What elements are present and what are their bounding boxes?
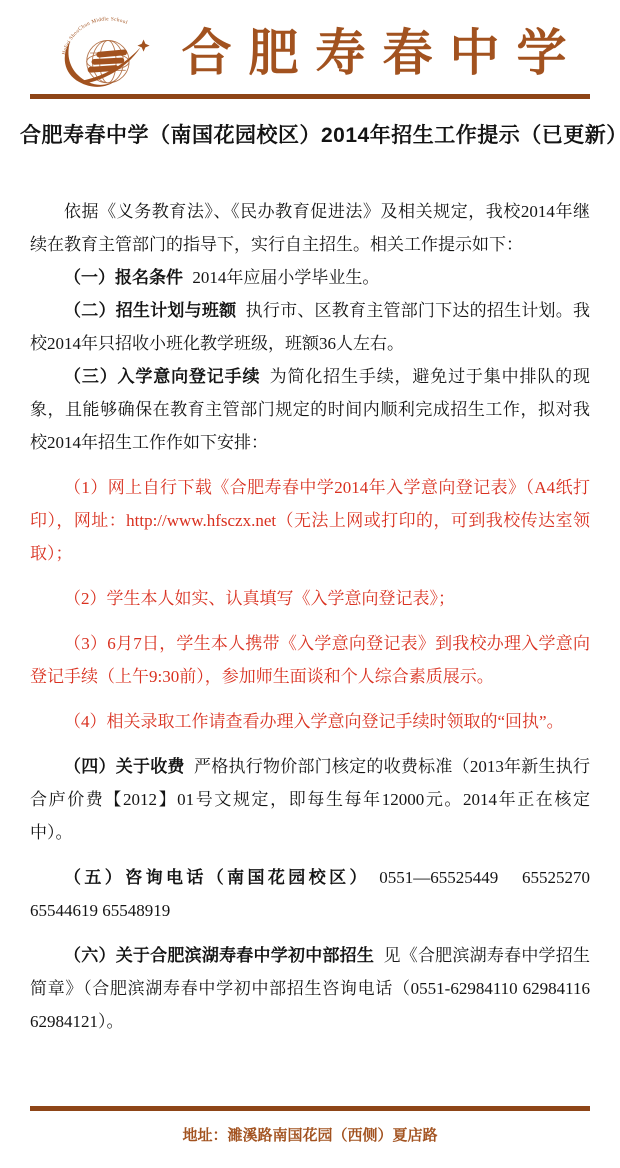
paragraph-text: 2014年应届小学毕业生。 (192, 268, 379, 287)
footer-address: 地址：濉溪路南国花园（西侧）夏店路 (0, 1124, 620, 1145)
section-4-paragraph: （四）关于收费严格执行物价部门核定的收费标准（2013年新生执行合庐价费【201… (30, 750, 590, 849)
section-1-paragraph: （一）报名条件2014年应届小学毕业生。 (30, 261, 590, 294)
footer-divider (30, 1106, 590, 1111)
paragraph-text: （1）网上自行下载《合肥寿春中学2014年入学意向登记表》（A4纸打印），网址：… (30, 478, 590, 563)
notice-page: HeFei ShouChun Middle School 合肥寿春中学 (0, 0, 620, 1168)
section-5-paragraph: （五）咨询电话（南国花园校区）0551—65525449 65525270 65… (30, 861, 590, 927)
section-2-paragraph: （二）招生计划与班额执行市、区教育主管部门下达的招生计划。我校2014年只招收小… (30, 294, 590, 360)
step-1-paragraph: （1）网上自行下载《合肥寿春中学2014年入学意向登记表》（A4纸打印），网址：… (30, 471, 590, 570)
notice-title: 合肥寿春中学（南国花园校区）2014年招生工作提示（已更新） (20, 119, 600, 149)
section-label: （二）招生计划与班额 (64, 301, 236, 320)
step-3-paragraph: （3）6月7日，学生本人携带《入学意向登记表》到我校办理入学意向登记手续（上午9… (30, 627, 590, 693)
section-label: （五）咨询电话（南国花园校区） (64, 868, 370, 887)
paragraph-text: （4）相关录取工作请查看办理入学意向登记手续时领取的“回执”。 (64, 712, 564, 731)
page-header: HeFei ShouChun Middle School 合肥寿春中学 (0, 0, 620, 92)
paragraph-text: （2）学生本人如实、认真填写《入学意向登记表》； (64, 589, 455, 608)
header-divider (30, 94, 590, 99)
paragraph-text: （3）6月7日，学生本人携带《入学意向登记表》到我校办理入学意向登记手续（上午9… (30, 634, 590, 686)
section-label: （一）报名条件 (64, 268, 183, 287)
section-label: （三）入学意向登记手续 (64, 367, 260, 386)
section-3-paragraph: （三）入学意向登记手续为简化招生手续，避免过于集中排队的现象，且能够确保在教育主… (30, 360, 590, 459)
star-icon (137, 40, 149, 52)
paragraph-text: 依据《义务教育法》、《民办教育促进法》及相关规定，我校2014年继续在教育主管部… (30, 202, 590, 254)
section-label: （六）关于合肥滨湖寿春中学初中部招生 (64, 946, 374, 965)
step-2-paragraph: （2）学生本人如实、认真填写《入学意向登记表》； (30, 582, 590, 615)
school-logo-icon: HeFei ShouChun Middle School (52, 16, 158, 90)
intro-paragraph: 依据《义务教育法》、《民办教育促进法》及相关规定，我校2014年继续在教育主管部… (30, 195, 590, 261)
school-name-title: 合肥寿春中学 (158, 16, 590, 90)
section-label: （四）关于收费 (64, 757, 185, 776)
section-6-paragraph: （六）关于合肥滨湖寿春中学初中部招生见《合肥滨湖寿春中学招生简章》（合肥滨湖寿春… (30, 939, 590, 1038)
notice-body: 依据《义务教育法》、《民办教育促进法》及相关规定，我校2014年继续在教育主管部… (0, 149, 620, 1038)
step-4-paragraph: （4）相关录取工作请查看办理入学意向登记手续时领取的“回执”。 (30, 705, 590, 738)
